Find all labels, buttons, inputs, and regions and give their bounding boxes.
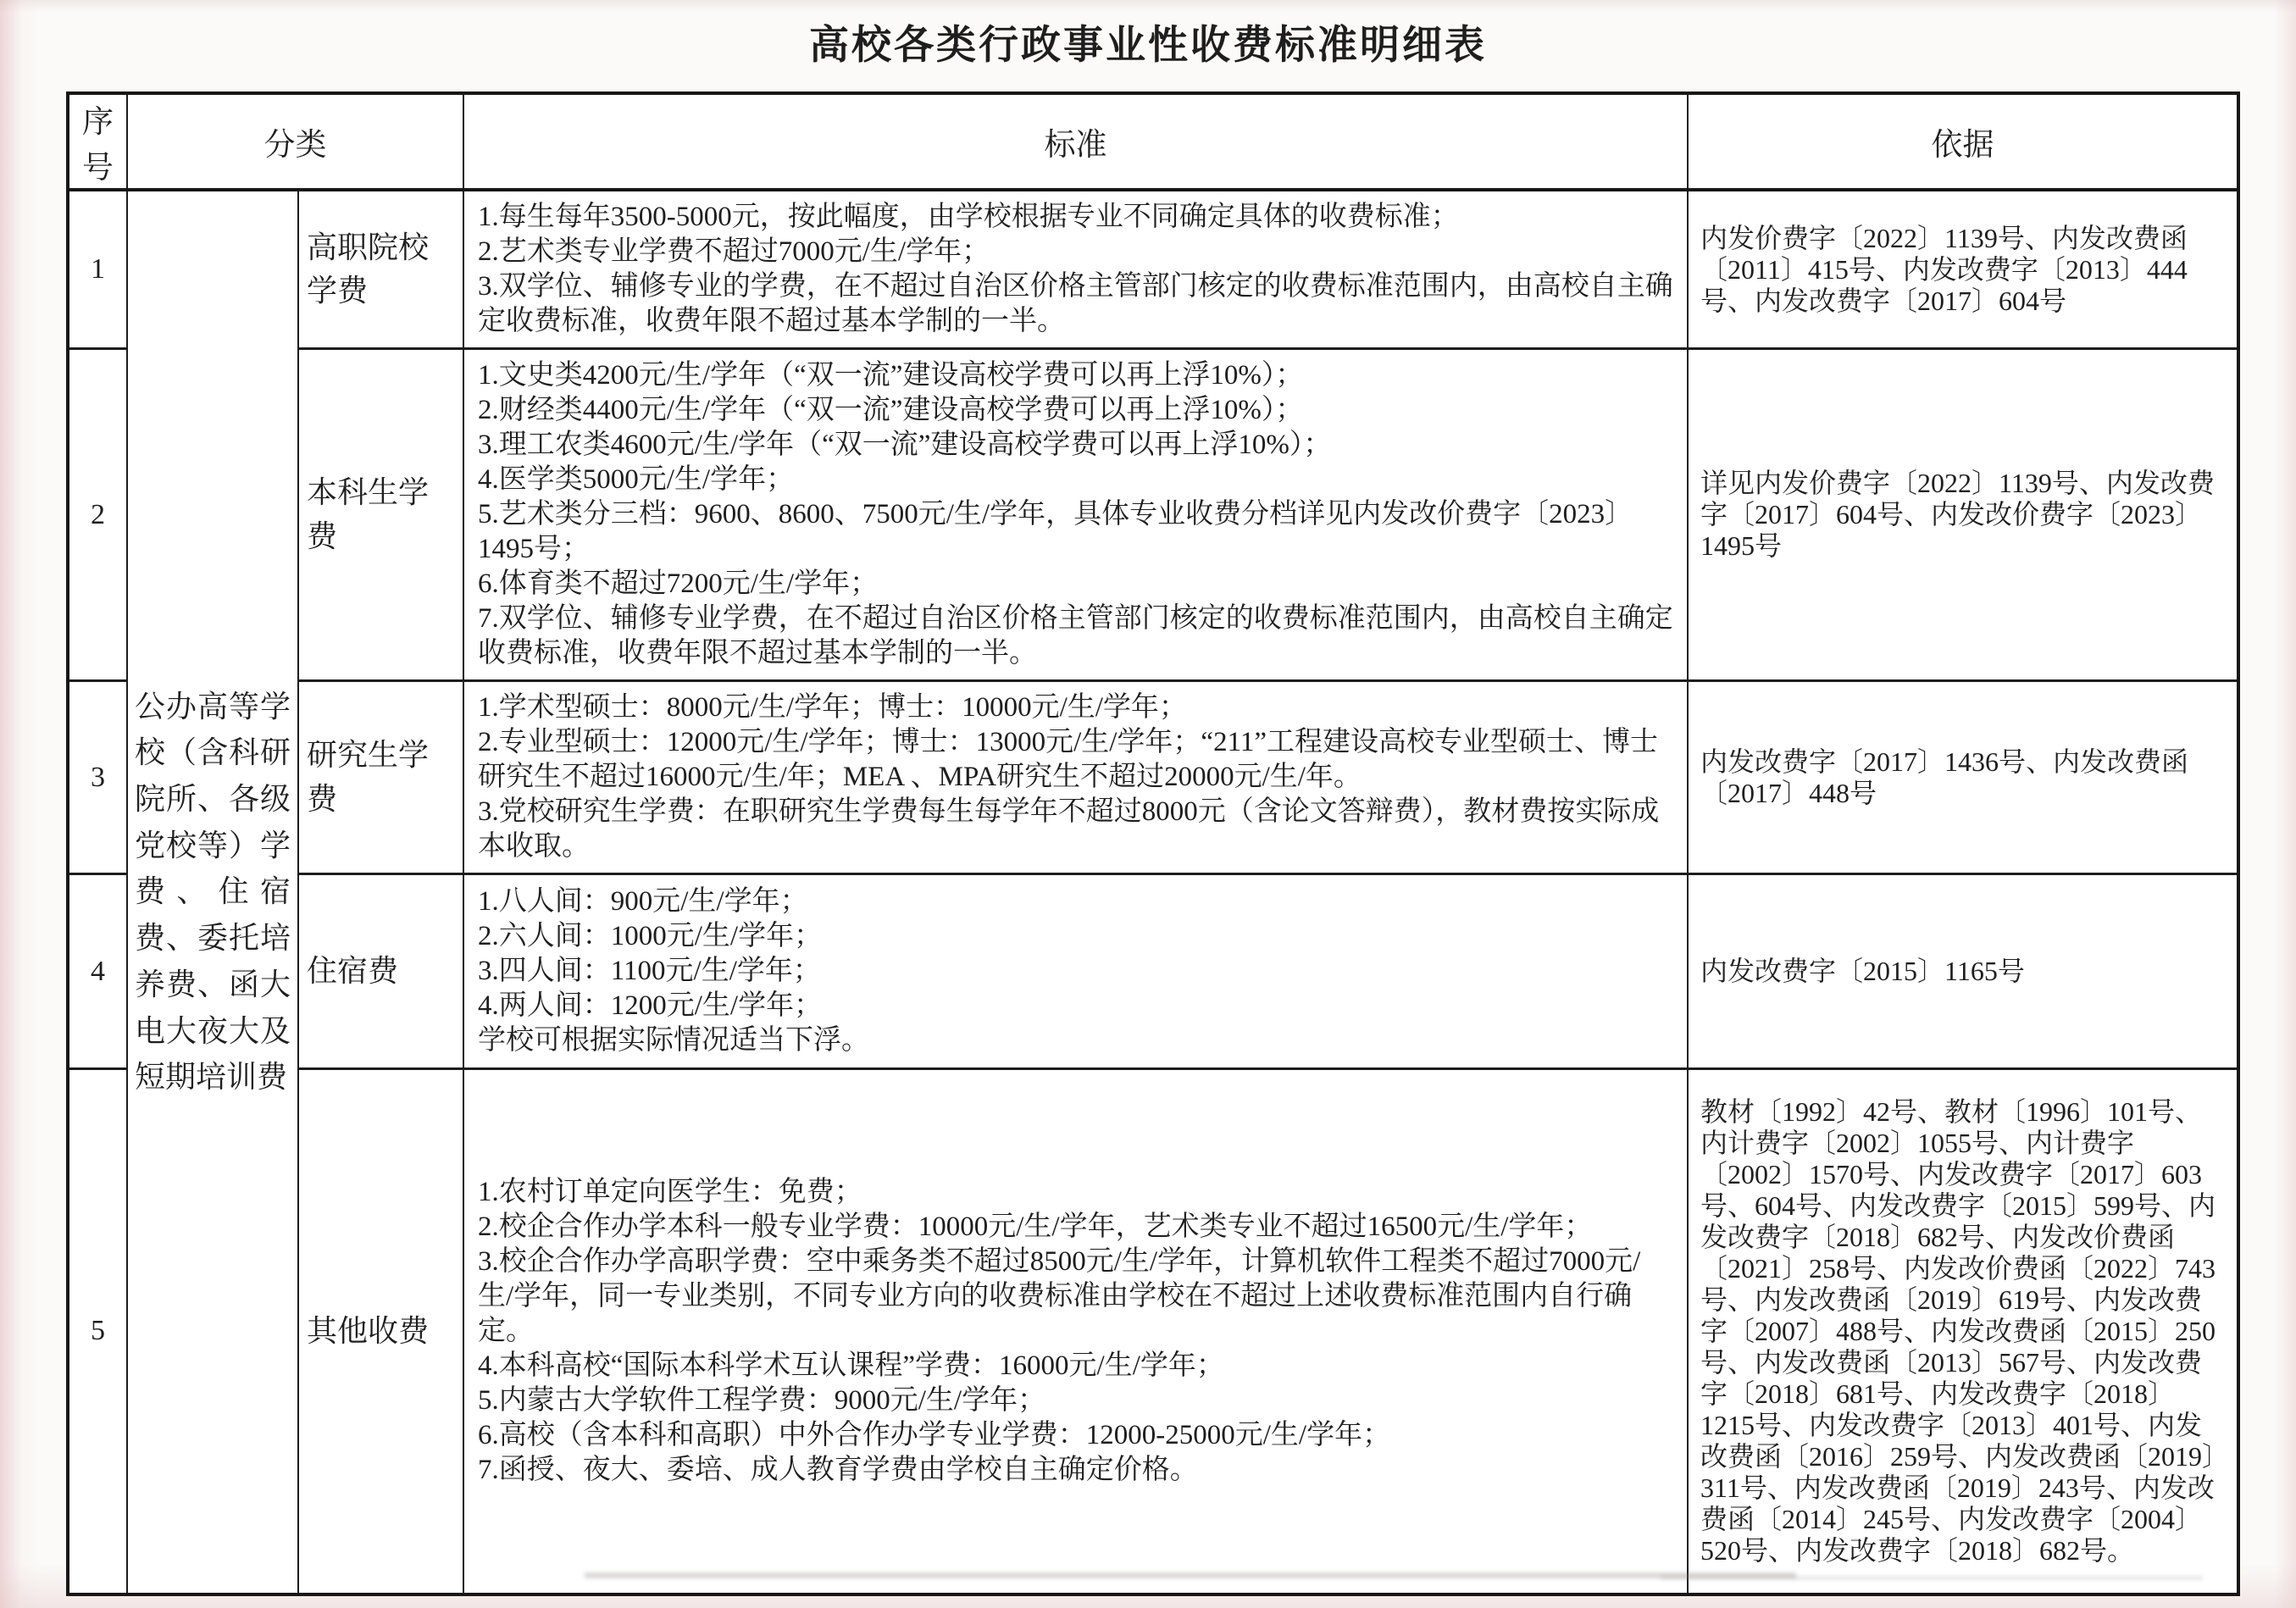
standard-line: 7.双学位、辅修专业学费，在不超过自治区价格主管部门核定的收费标准范围内，由高校… <box>478 602 1673 671</box>
subcategory-cell: 住宿费 <box>298 874 463 1069</box>
subcategory-cell: 研究生学费 <box>298 681 463 874</box>
header-cell-basis: 依据 <box>1688 93 2238 190</box>
standard-cell: 1.学术型硕士：8000元/生/学年；博士：10000元/生/学年；2.专业型硕… <box>463 681 1688 874</box>
standard-line: 4.两人间：1200元/生/学年； <box>478 989 1673 1023</box>
standard-line: 4.医学类5000元/生/学年； <box>478 463 1673 497</box>
standard-line: 3.四人间：1100元/生/学年； <box>478 954 1673 989</box>
category-group-cell: 公办高等学校（含科研院所、各级党校等）学费、住宿费、委托培养费、函大电大夜大及短… <box>127 190 298 1594</box>
basis-cell: 内发改费字〔2015〕1165号 <box>1688 874 2238 1069</box>
standard-line: 2.专业型硕士：12000元/生/学年；博士：13000元/生/学年；“211”… <box>478 725 1673 795</box>
standard-line: 1.农村订单定向医学生：免费； <box>478 1175 1673 1210</box>
standard-cell: 1.八人间：900元/生/学年；2.六人间：1000元/生/学年；3.四人间：1… <box>463 874 1688 1069</box>
table-row: 4 住宿费 1.八人间：900元/生/学年；2.六人间：1000元/生/学年；3… <box>68 874 2238 1069</box>
standard-cell: 1.农村订单定向医学生：免费；2.校企合作办学本科一般专业学费：10000元/生… <box>463 1069 1688 1594</box>
header-cell-category: 分类 <box>127 93 463 190</box>
standard-line: 3.校企合作办学高职学费：空中乘务类不超过8500元/生/学年，计算机软件工程类… <box>478 1245 1673 1349</box>
header-cell-index: 序号 <box>68 93 127 190</box>
standard-line: 5.艺术类分三档：9600、8600、7500元/生/学年，具体专业收费分档详见… <box>478 497 1673 567</box>
standard-line: 2.校企合作办学本科一般专业学费：10000元/生/学年，艺术类专业不超过165… <box>478 1210 1673 1245</box>
scan-edge-shadow-left <box>0 0 39 1608</box>
row-index: 2 <box>68 349 127 681</box>
row-index: 5 <box>68 1069 127 1594</box>
table-row: 3 研究生学费 1.学术型硕士：8000元/生/学年；博士：10000元/生/学… <box>68 681 2238 874</box>
page-title: 高校各类行政事业性收费标准明细表 <box>0 14 2296 70</box>
standard-cell: 1.每生每年3500-5000元，按此幅度，由学校根据专业不同确定具体的收费标准… <box>463 190 1688 349</box>
table-row: 2 本科生学费 1.文史类4200元/生/学年（“双一流”建设高校学费可以再上浮… <box>68 349 2238 681</box>
basis-cell: 内发价费字〔2022〕1139号、内发改费函〔2011〕415号、内发改费字〔2… <box>1688 190 2238 349</box>
standard-line: 2.艺术类专业学费不超过7000元/生/学年； <box>478 235 1673 269</box>
standard-line: 1.每生每年3500-5000元，按此幅度，由学校根据专业不同确定具体的收费标准… <box>478 200 1673 235</box>
subcategory-cell: 本科生学费 <box>298 349 463 681</box>
standard-line: 4.本科高校“国际本科学术互认课程”学费：16000元/生/学年； <box>478 1349 1673 1383</box>
row-index: 3 <box>68 681 127 874</box>
standard-line: 2.六人间：1000元/生/学年； <box>478 919 1673 954</box>
scan-edge-shadow-right <box>2274 0 2296 1608</box>
fees-table: 序号 分类 标准 依据 1 公办高等学校（含科研院所、各级党校等）学费、住宿费、… <box>66 91 2240 1596</box>
standard-line: 2.财经类4400元/生/学年（“双一流”建设高校学费可以再上浮10%）； <box>478 393 1673 428</box>
standard-line: 1.文史类4200元/生/学年（“双一流”建设高校学费可以再上浮10%）； <box>478 358 1673 393</box>
header-row: 序号 分类 标准 依据 <box>68 93 2238 190</box>
standard-line: 6.体育类不超过7200元/生/学年； <box>478 567 1673 602</box>
standard-line: 3.双学位、辅修专业的学费，在不超过自治区价格主管部门核定的收费标准范围内，由高… <box>478 269 1673 339</box>
header-cell-standard: 标准 <box>463 93 1688 190</box>
table-row: 1 公办高等学校（含科研院所、各级党校等）学费、住宿费、委托培养费、函大电大夜大… <box>68 190 2238 349</box>
row-index: 4 <box>68 874 127 1069</box>
subcategory-cell: 其他收费 <box>298 1069 463 1594</box>
scan-edge-shadow-top <box>0 0 2296 12</box>
standard-line: 7.函授、夜大、委培、成人教育学费由学校自主确定价格。 <box>478 1453 1673 1488</box>
basis-cell: 内发改费字〔2017〕1436号、内发改费函〔2017〕448号 <box>1688 681 2238 874</box>
standard-line: 3.党校研究生学费：在职研究生学费每生每学年不超过8000元（含论文答辩费），教… <box>478 795 1673 864</box>
standard-line: 3.理工农类4600元/生/学年（“双一流”建设高校学费可以再上浮10%）； <box>478 428 1673 463</box>
row-index: 1 <box>68 190 127 349</box>
subcategory-cell: 高职院校学费 <box>298 190 463 349</box>
scanned-document-page: 高校各类行政事业性收费标准明细表 序号 分类 标准 依据 1 公办高等学校（含科… <box>0 0 2296 1608</box>
standard-line: 6.高校（含本科和高职）中外合作办学专业学费：12000-25000元/生/学年… <box>478 1418 1673 1453</box>
standard-line: 5.内蒙古大学软件工程学费：9000元/生/学年； <box>478 1383 1673 1418</box>
basis-cell: 详见内发价费字〔2022〕1139号、内发改费字〔2017〕604号、内发改价费… <box>1688 349 2238 681</box>
standard-line: 1.八人间：900元/生/学年； <box>478 884 1673 919</box>
standard-line: 学校可根据实际情况适当下浮。 <box>478 1023 1673 1058</box>
basis-cell: 教材〔1992〕42号、教材〔1996〕101号、内计费字〔2002〕1055号… <box>1688 1069 2238 1594</box>
table-row: 5 其他收费 1.农村订单定向医学生：免费；2.校企合作办学本科一般专业学费：1… <box>68 1069 2238 1594</box>
standard-cell: 1.文史类4200元/生/学年（“双一流”建设高校学费可以再上浮10%）；2.财… <box>463 349 1688 681</box>
standard-line: 1.学术型硕士：8000元/生/学年；博士：10000元/生/学年； <box>478 690 1673 725</box>
